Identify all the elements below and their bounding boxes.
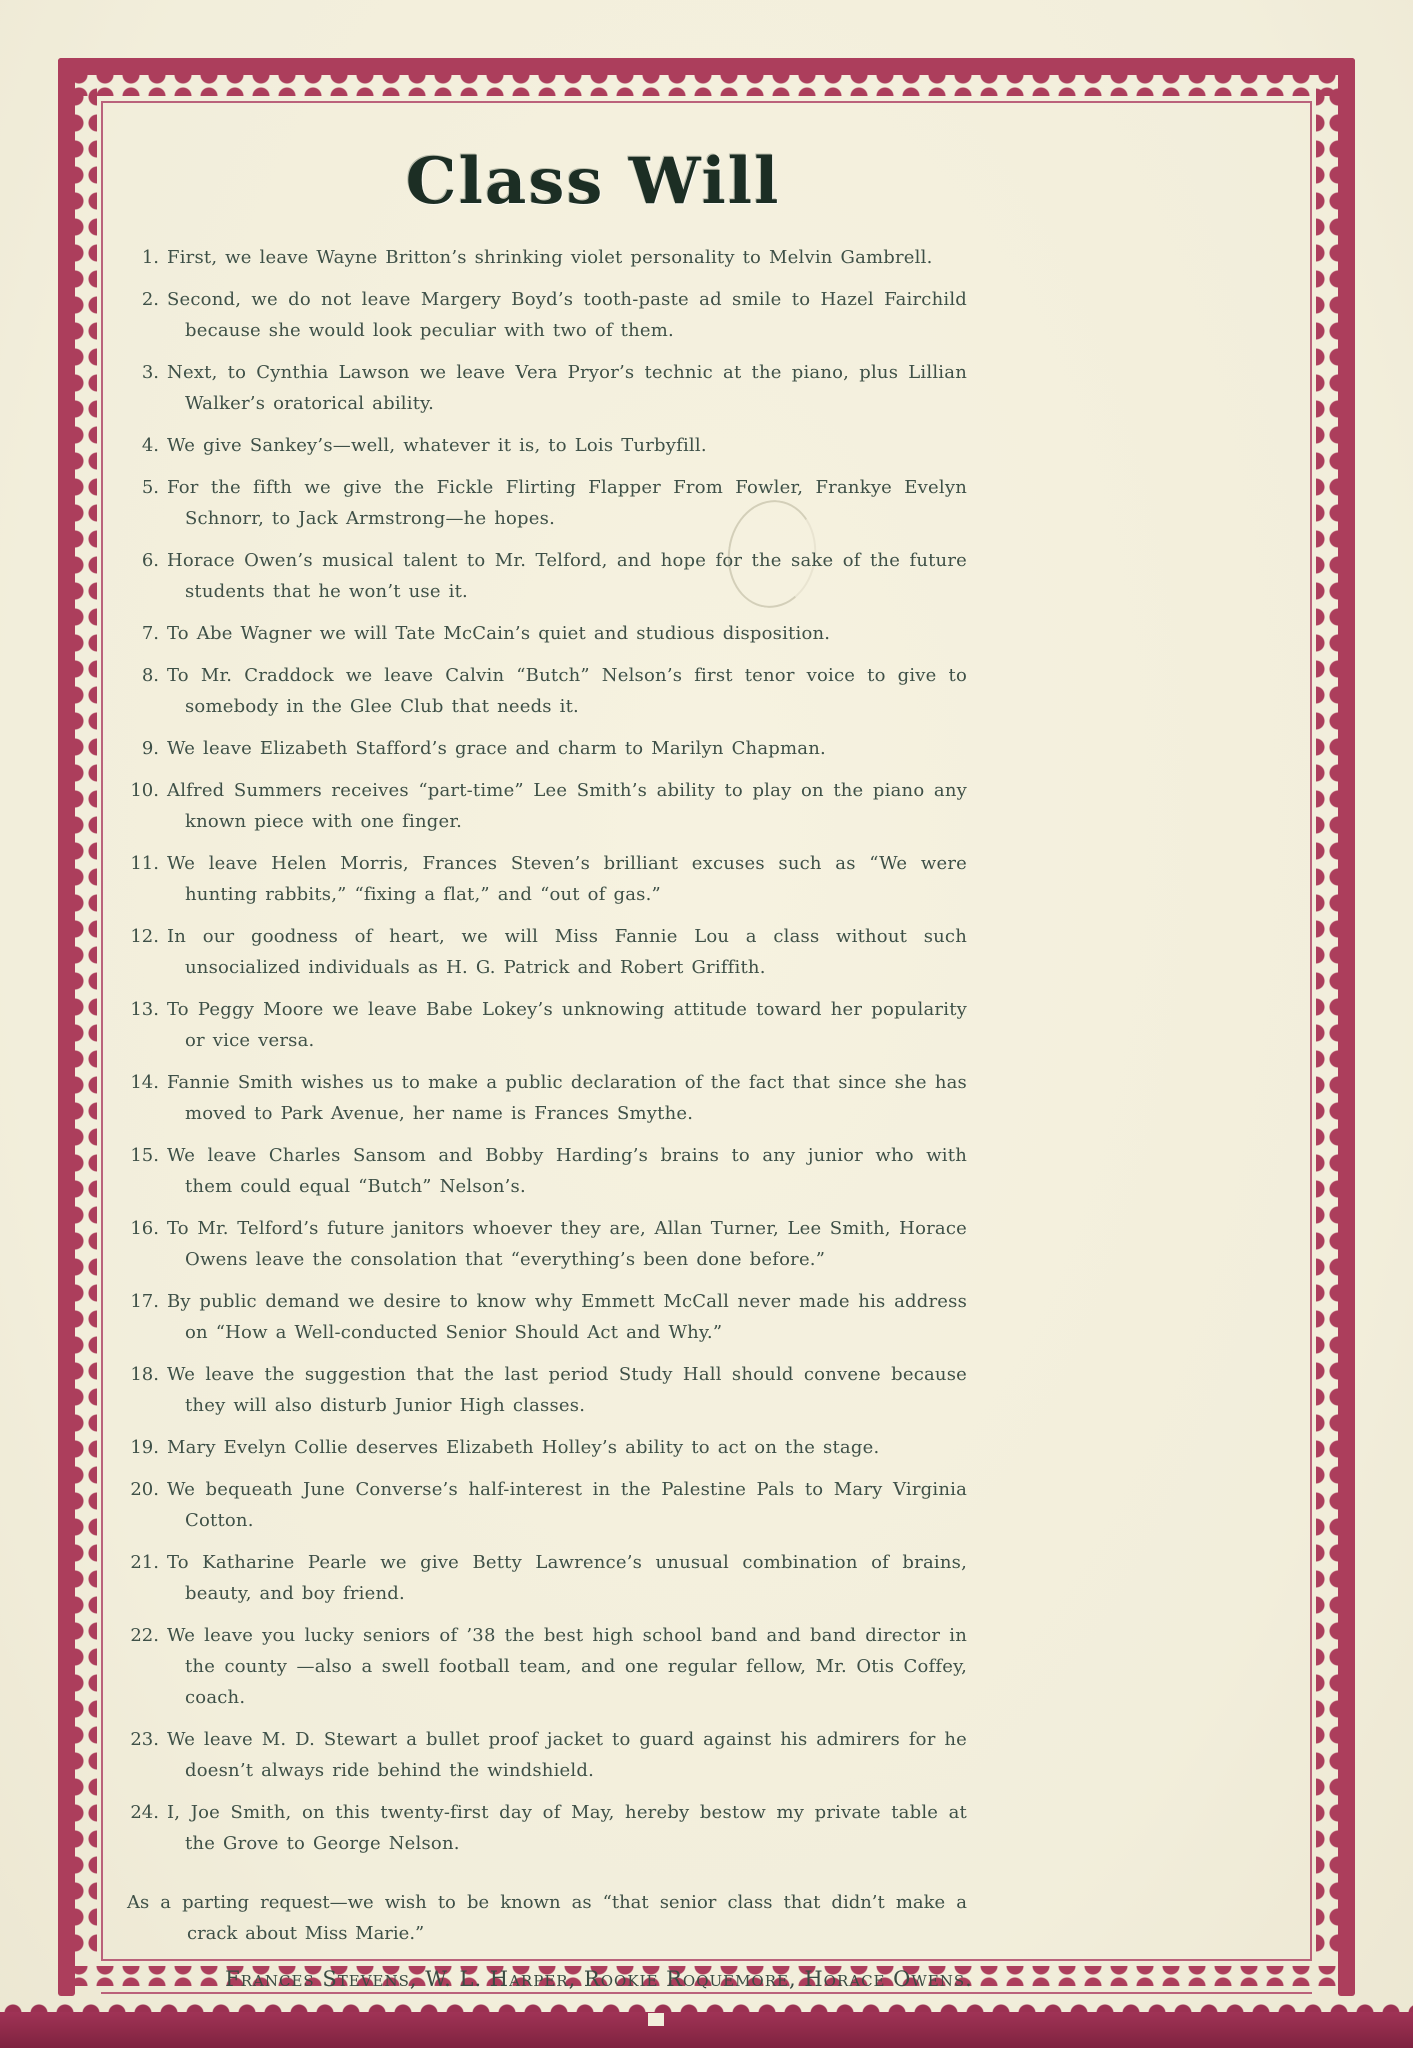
item-text: We leave Elizabeth Stafford’s grace and … — [167, 733, 967, 764]
item-text: To Mr. Craddock we leave Calvin “Butch” … — [167, 660, 967, 722]
border-scallop-top-inner — [66, 87, 1347, 96]
item-text: Next, to Cynthia Lawson we leave Vera Pr… — [167, 357, 967, 419]
item-text: Mary Evelyn Collie deserves Elizabeth Ho… — [167, 1432, 967, 1463]
will-item: 19. Mary Evelyn Collie deserves Elizabet… — [127, 1432, 967, 1463]
item-text: We give Sankey’s—well, whatever it is, t… — [167, 430, 967, 461]
item-number: 10. — [127, 775, 159, 837]
item-text: Fannie Smith wishes us to make a public … — [167, 1067, 967, 1129]
item-number: 14. — [127, 1067, 159, 1129]
item-number: 6. — [127, 545, 159, 607]
will-item: 5. For the fifth we give the Fickle Flir… — [127, 472, 967, 534]
item-number: 12. — [127, 921, 159, 983]
item-text: We leave M. D. Stewart a bullet proof ja… — [167, 1724, 967, 1786]
item-text: We leave Charles Sansom and Bobby Hardin… — [167, 1140, 967, 1202]
item-text: First, we leave Wayne Britton’s shrinkin… — [167, 242, 967, 273]
will-item: 16. To Mr. Telford’s future janitors who… — [127, 1213, 967, 1275]
closing-paragraph: As a parting request—we wish to be known… — [127, 1887, 967, 1949]
item-text: We leave Helen Morris, Frances Steven’s … — [167, 848, 967, 910]
item-text: We leave the suggestion that the last pe… — [167, 1359, 967, 1421]
item-number: 9. — [127, 733, 159, 764]
item-text: I, Joe Smith, on this twenty-first day o… — [167, 1797, 967, 1859]
item-text: To Peggy Moore we leave Babe Lokey’s unk… — [167, 994, 967, 1056]
item-text: Second, we do not leave Margery Boyd’s t… — [167, 284, 967, 346]
will-item-list: 1. First, we leave Wayne Britton’s shrin… — [127, 242, 967, 1859]
item-text: To Abe Wagner we will Tate McCain’s quie… — [167, 618, 967, 649]
item-text: In our goodness of heart, we will Miss F… — [167, 921, 967, 983]
will-item: 1. First, we leave Wayne Britton’s shrin… — [127, 242, 967, 273]
item-number: 2. — [127, 284, 159, 346]
item-number: 19. — [127, 1432, 159, 1463]
item-text: For the fifth we give the Fickle Flirtin… — [167, 472, 967, 534]
item-number: 18. — [127, 1359, 159, 1421]
border-scallop-top-outer — [66, 75, 1347, 84]
will-item: 21. To Katharine Pearle we give Betty La… — [127, 1547, 967, 1609]
will-item: 9. We leave Elizabeth Stafford’s grace a… — [127, 733, 967, 764]
will-item: 14. Fannie Smith wishes us to make a pub… — [127, 1067, 967, 1129]
item-text: By public demand we desire to know why E… — [167, 1286, 967, 1348]
will-item: 24. I, Joe Smith, on this twenty-first d… — [127, 1797, 967, 1859]
item-number: 20. — [127, 1474, 159, 1536]
will-item: 7. To Abe Wagner we will Tate McCain’s q… — [127, 618, 967, 649]
item-number: 24. — [127, 1797, 159, 1859]
item-text: To Katharine Pearle we give Betty Lawren… — [167, 1547, 967, 1609]
will-item: 17. By public demand we desire to know w… — [127, 1286, 967, 1348]
item-number: 22. — [127, 1620, 159, 1713]
item-number: 4. — [127, 430, 159, 461]
page-title: Class Will — [173, 142, 1013, 222]
item-number: 3. — [127, 357, 159, 419]
will-item: 23. We leave M. D. Stewart a bullet proo… — [127, 1724, 967, 1786]
item-number: 21. — [127, 1547, 159, 1609]
bottom-page-edge-notch — [648, 2013, 664, 2026]
item-number: 11. — [127, 848, 159, 910]
item-number: 8. — [127, 660, 159, 722]
item-number: 5. — [127, 472, 159, 534]
border-scallop-right-outer — [1329, 84, 1338, 1952]
border-scallop-left-inner — [88, 84, 97, 1952]
item-text: We leave you lucky seniors of ’38 the be… — [167, 1620, 967, 1713]
will-item: 8. To Mr. Craddock we leave Calvin “Butc… — [127, 660, 967, 722]
item-number: 23. — [127, 1724, 159, 1786]
border-band-left — [58, 58, 75, 1996]
item-number: 13. — [127, 994, 159, 1056]
border-scallop-left-outer — [75, 84, 84, 1952]
will-item: 6. Horace Owen’s musical talent to Mr. T… — [127, 545, 967, 607]
will-item: 2. Second, we do not leave Margery Boyd’… — [127, 284, 967, 346]
will-item: 4. We give Sankey’s—well, whatever it is… — [127, 430, 967, 461]
border-band-top — [58, 58, 1355, 75]
bottom-page-edge-band — [0, 2012, 1413, 2048]
item-number: 17. — [127, 1286, 159, 1348]
will-item: 11. We leave Helen Morris, Frances Steve… — [127, 848, 967, 910]
yearbook-page: Class Will 1. First, we leave Wayne Brit… — [0, 0, 1413, 2048]
item-number: 15. — [127, 1140, 159, 1202]
item-text: Horace Owen’s musical talent to Mr. Telf… — [167, 545, 967, 607]
item-text: Alfred Summers receives “part-time” Lee … — [167, 775, 967, 837]
item-number: 1. — [127, 242, 159, 273]
will-item: 13. To Peggy Moore we leave Babe Lokey’s… — [127, 994, 967, 1056]
will-item: 15. We leave Charles Sansom and Bobby Ha… — [127, 1140, 967, 1202]
will-item: 20. We bequeath June Converse’s half-int… — [127, 1474, 967, 1536]
border-scallop-right-inner — [1316, 84, 1325, 1952]
page-content: Class Will 1. First, we leave Wayne Brit… — [127, 118, 967, 2012]
will-item: 3. Next, to Cynthia Lawson we leave Vera… — [127, 357, 967, 419]
will-item: 22. We leave you lucky seniors of ’38 th… — [127, 1620, 967, 1713]
will-item: 12. In our goodness of heart, we will Mi… — [127, 921, 967, 983]
item-number: 7. — [127, 618, 159, 649]
border-band-right — [1338, 58, 1355, 1996]
item-text: We bequeath June Converse’s half-interes… — [167, 1474, 967, 1536]
item-text: To Mr. Telford’s future janitors whoever… — [167, 1213, 967, 1275]
will-item: 10. Alfred Summers receives “part-time” … — [127, 775, 967, 837]
item-number: 16. — [127, 1213, 159, 1275]
will-item: 18. We leave the suggestion that the las… — [127, 1359, 967, 1421]
signature-line: Frances Stevens, W. L. Harper, Rookie Ro… — [179, 1967, 1019, 1991]
